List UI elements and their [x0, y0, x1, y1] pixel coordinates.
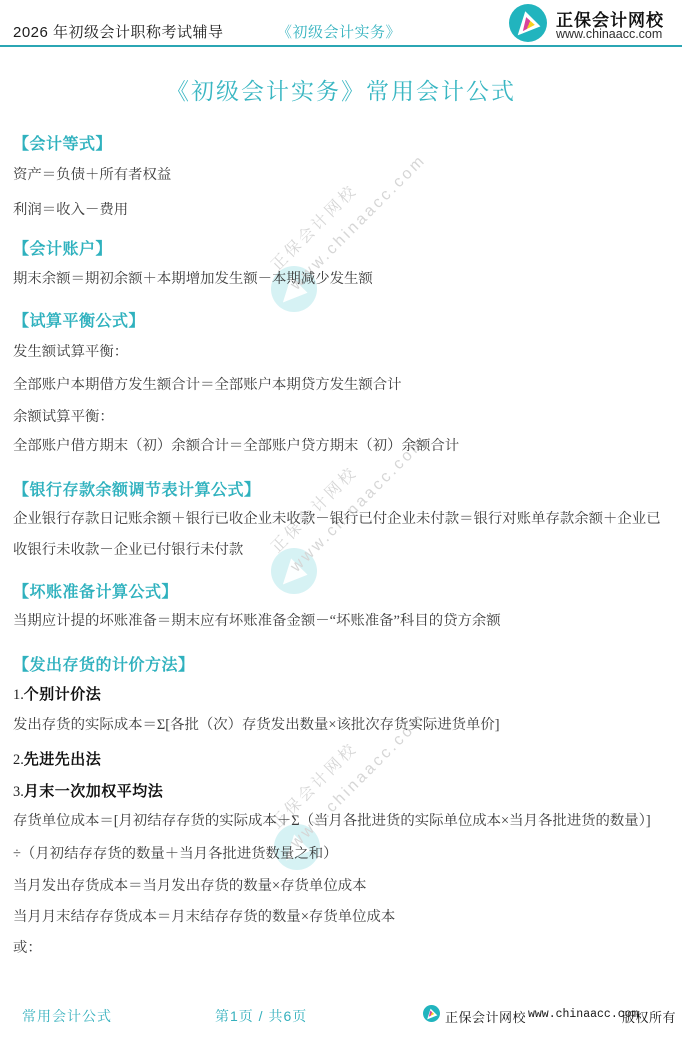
- section-heading: 【银行存款余额调节表计算公式】: [13, 477, 261, 500]
- formula-line: 余额试算平衡：: [13, 409, 672, 426]
- section-heading: 【坏账准备计算公式】: [13, 579, 178, 602]
- section-heading: 【会计账户】: [13, 236, 112, 259]
- formula-line: 企业银行存款日记账余额＋银行已收企业未收款－银行已付企业未付款＝银行对账单存款余…: [13, 504, 672, 566]
- formula-line: 或：: [13, 940, 672, 957]
- formula-line: 发出存货的实际成本＝Σ[各批（次）存货发出数量×该批次存货实际进货单价]: [13, 717, 672, 734]
- method-number: 1.: [13, 687, 24, 703]
- formula-line: 全部账户借方期末（初）余额合计＝全部账户贷方期末（初）余额合计: [13, 438, 672, 455]
- footer-brand-name: 正保会计网校: [445, 1007, 526, 1026]
- document-page: 2026 年初级会计职称考试辅导 《初级会计实务》 正保会计网校 www.chi…: [0, 0, 682, 1043]
- method-name: 个别计价法: [24, 686, 102, 703]
- method-item: 1.个别计价法: [13, 683, 101, 704]
- formula-line: 当期应计提的坏账准备＝期末应有坏账准备金额－“坏账准备”科目的贷方余额: [13, 613, 672, 630]
- brand-site-url: www.chinaacc.com: [556, 27, 662, 41]
- formula-line: 利润＝收入－费用: [13, 202, 672, 219]
- method-item: 2.先进先出法: [13, 748, 101, 769]
- section-heading: 【试算平衡公式】: [13, 308, 145, 331]
- page-title: 《初级会计实务》常用会计公式: [0, 73, 682, 106]
- method-item: 3.月末一次加权平均法: [13, 780, 163, 801]
- formula-line: 当月发出存货成本＝当月发出存货的数量×存货单位成本: [13, 878, 672, 895]
- footer-rights-label: 版权所有: [622, 1007, 676, 1026]
- formula-line: 存货单位成本＝[月初结存存货的实际成本＋Σ（当月各批进货的实际单位成本×当月各批…: [13, 813, 672, 830]
- header-subject-label: 《初级会计实务》: [277, 21, 401, 42]
- footer-page-info: 第1页 / 共6页: [215, 1006, 307, 1026]
- formula-line: ÷（月初结存存货的数量＋当月各批进货数量之和）: [13, 846, 672, 863]
- brand-logo-icon: [509, 4, 547, 42]
- footer-brand-logo-icon: [423, 1005, 440, 1022]
- formula-line: 全部账户本期借方发生额合计＝全部账户本期贷方发生额合计: [13, 377, 672, 394]
- formula-line: 资产＝负债＋所有者权益: [13, 167, 672, 184]
- section-heading: 【发出存货的计价方法】: [13, 652, 195, 675]
- formula-line: 期末余额＝期初余额＋本期增加发生额－本期减少发生额: [13, 271, 672, 288]
- method-name: 月末一次加权平均法: [24, 783, 164, 800]
- section-heading: 【会计等式】: [13, 131, 112, 154]
- formula-line: 当月月末结存存货成本＝月末结存存货的数量×存货单位成本: [13, 909, 672, 926]
- formula-line: 发生额试算平衡：: [13, 344, 672, 361]
- method-number: 3.: [13, 784, 24, 800]
- footer-doc-label: 常用会计公式: [22, 1006, 112, 1026]
- header-course-label: 2026 年初级会计职称考试辅导: [13, 21, 224, 42]
- method-number: 2.: [13, 752, 24, 768]
- header-divider: [0, 45, 682, 47]
- method-name: 先进先出法: [24, 751, 102, 768]
